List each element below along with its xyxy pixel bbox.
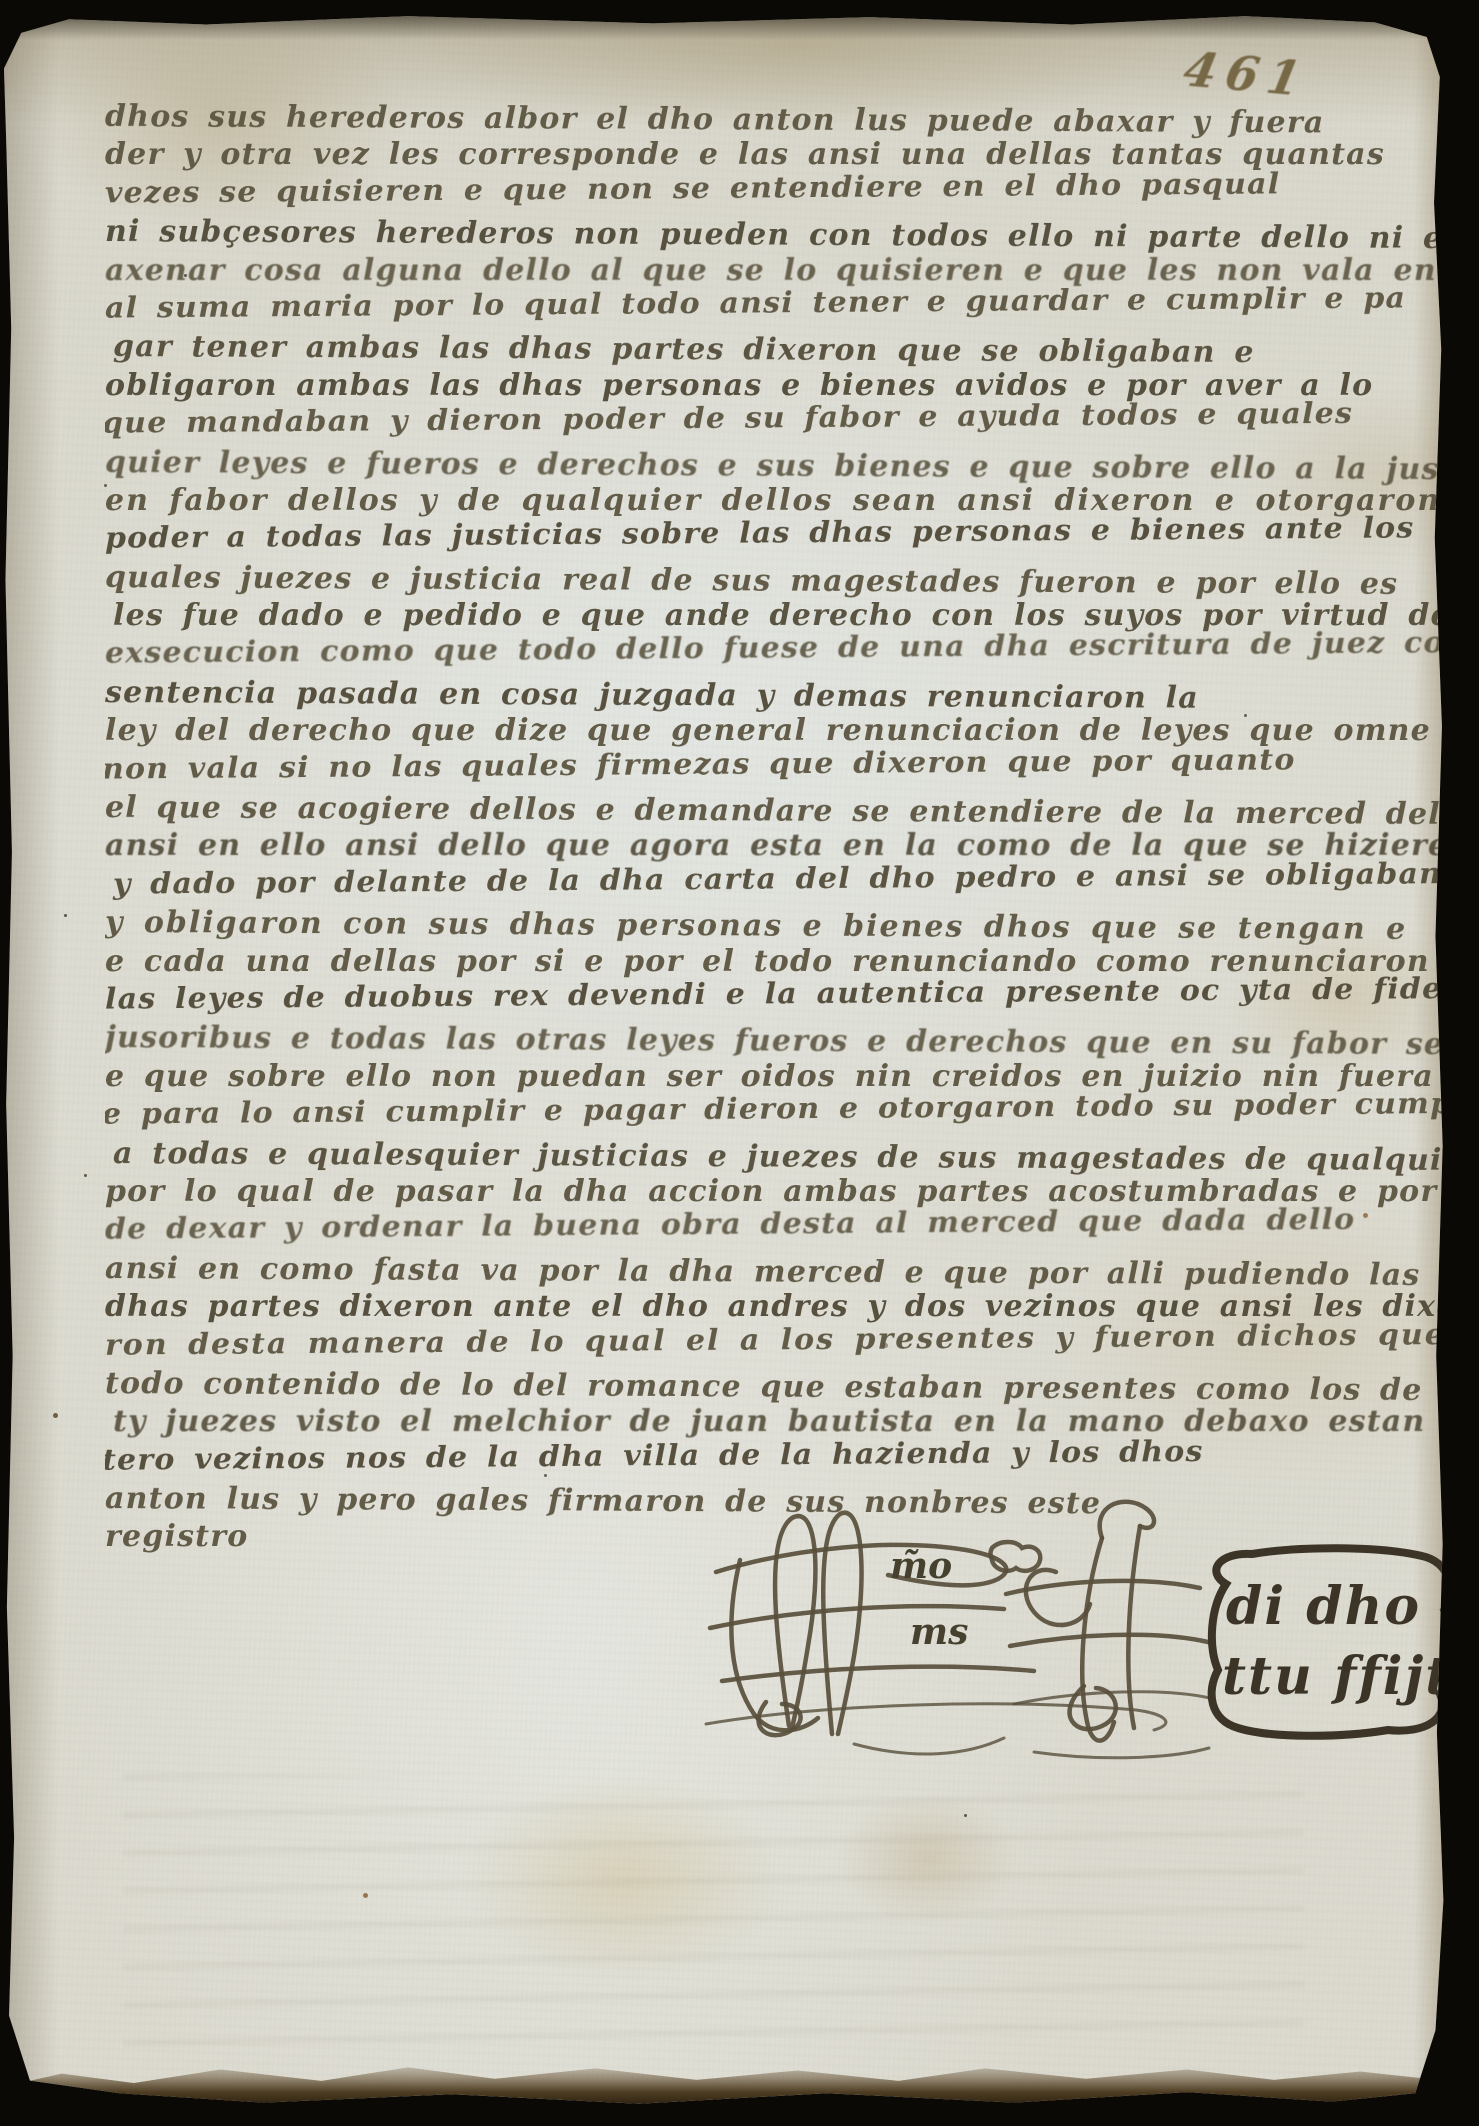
manuscript-photo: 461 dhos sus herederos albor el dho anto… [0,0,1479,2126]
rubric-flourish [854,1738,1004,1754]
manuscript-text-block: dhos sus herederos albor el dho anton lu… [105,98,1447,1588]
rubric-stroke [722,1667,1034,1681]
signature-monogram-bottom: ms [910,1611,968,1653]
verso-bleed-through [124,1774,1304,2054]
ink-blot [991,1542,1041,1571]
rubric-stroke [1082,1538,1114,1741]
rubric-flourish [1034,1748,1209,1758]
rubric-stroke [1010,1635,1208,1646]
rubric-stroke [1128,1526,1140,1728]
rubric-stroke [775,1516,815,1728]
rubric-stroke [1100,1502,1154,1538]
rubric-loop [1026,1570,1090,1625]
top-edge-shadow [4,14,1447,40]
seal-text-line1: di dho dor [1226,1576,1462,1637]
signature-monogram-top: m̃o [890,1545,952,1587]
manuscript-page: 461 dhos sus herederos albor el dho anto… [4,14,1447,2110]
notary-seal-box: di dho dor ttu ffijthi [1200,1542,1462,1750]
rubric-stroke [1006,1581,1200,1594]
notary-signature-rubrics: m̃o ms [704,1476,1214,1766]
ink-specks [64,914,67,917]
bottom-deckle-edge [4,2058,1447,2110]
seal-text-line2: ttu ffijthi [1222,1646,1462,1707]
